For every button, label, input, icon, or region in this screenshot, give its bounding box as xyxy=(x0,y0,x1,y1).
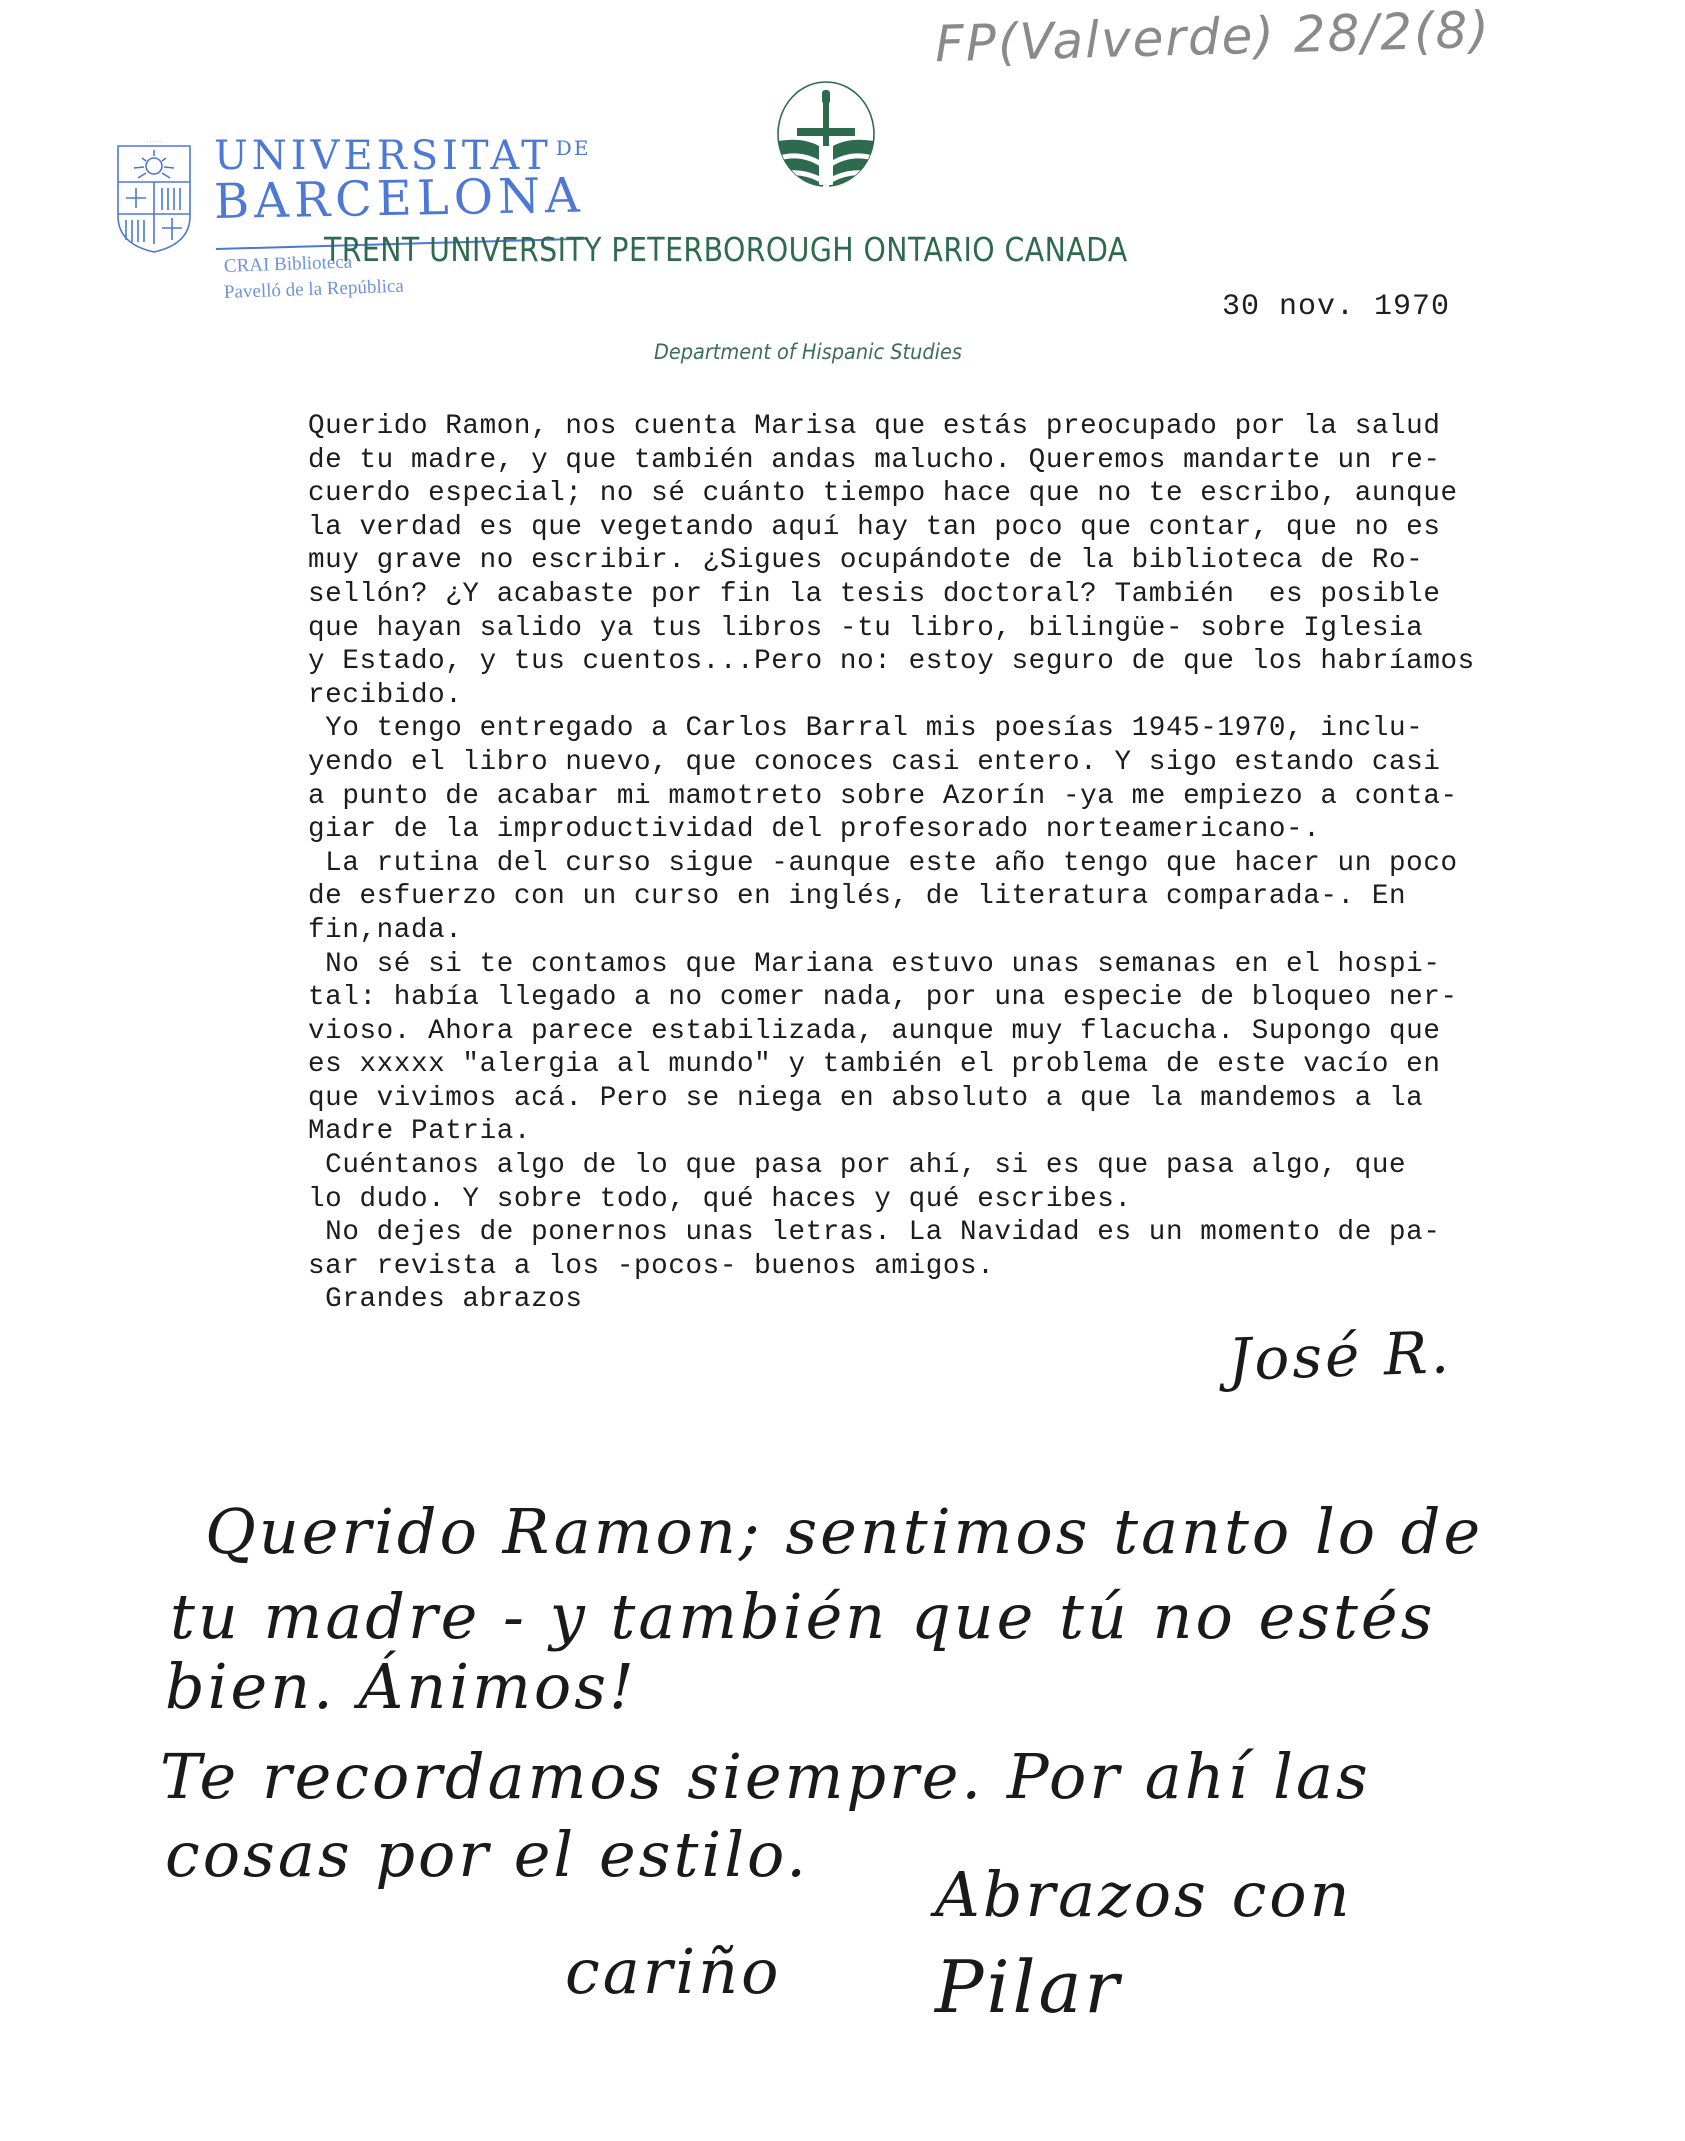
letterhead-department: Department of Hispanic Studies xyxy=(654,340,962,364)
handwritten-line: Abrazos con xyxy=(935,1858,1353,1931)
letter-line: giar de la improductividad del profesora… xyxy=(308,813,1678,847)
handwritten-line: cosas por el estilo. xyxy=(165,1818,809,1891)
letter-line: recibido. xyxy=(308,679,1678,713)
letter-line: lo dudo. Y sobre todo, qué haces y qué e… xyxy=(308,1183,1678,1217)
letter-line: sellón? ¿Y acabaste por fin la tesis doc… xyxy=(308,578,1678,612)
ub-coat-of-arms-icon: · · · · · xyxy=(112,136,196,256)
letter-line: es xxxxx "alergia al mundo" y también el… xyxy=(308,1048,1678,1082)
letter-line: tal: había llegado a no comer nada, por … xyxy=(308,981,1678,1015)
letter-line: la verdad es que vegetando aquí hay tan … xyxy=(308,511,1678,545)
stamp-city-label: BARCELONA xyxy=(214,172,586,226)
signature-pilar: Pilar xyxy=(935,1945,1122,2029)
svg-text:· · · · ·: · · · · · xyxy=(147,139,162,145)
letter-line: de tu madre, y que también andas malucho… xyxy=(308,444,1678,478)
handwritten-line: bien. Ánimos! xyxy=(165,1650,637,1723)
letter-line: que vivimos acá. Pero se niega en absolu… xyxy=(308,1082,1678,1116)
handwritten-line: tu madre - y también que tú no estés xyxy=(170,1580,1435,1653)
trent-emblem-icon xyxy=(775,80,877,188)
letter-line: muy grave no escribir. ¿Sigues ocupándot… xyxy=(308,544,1678,578)
letter-line: fin,nada. xyxy=(308,914,1678,948)
letter-line: Cuéntanos algo de lo que pasa por ahí, s… xyxy=(308,1149,1678,1183)
letter-line: Grandes abrazos xyxy=(308,1283,1678,1317)
letter-line: vioso. Ahora parece estabilizada, aunque… xyxy=(308,1015,1678,1049)
letter-line: Yo tengo entregado a Carlos Barral mis p… xyxy=(308,712,1678,746)
signature-jose: José R. xyxy=(1227,1318,1453,1394)
stamp-building-label: Pavelló de la República xyxy=(224,276,405,304)
handwritten-line: cariño xyxy=(565,1935,781,2008)
letter-line: sar revista a los -pocos- buenos amigos. xyxy=(308,1250,1678,1284)
letter-line: de esfuerzo con un curso en inglés, de l… xyxy=(308,880,1678,914)
letter-line: que hayan salido ya tus libros -tu libro… xyxy=(308,612,1678,646)
letter-line: Querido Ramon, nos cuenta Marisa que est… xyxy=(308,410,1678,444)
archival-reference-note: FP(Valverde) 28/2(8) xyxy=(934,1,1491,74)
handwritten-line: Querido Ramon; sentimos tanto lo de xyxy=(205,1495,1483,1568)
letter-line: No sé si te contamos que Mariana estuvo … xyxy=(308,948,1678,982)
letter-body: Querido Ramon, nos cuenta Marisa que est… xyxy=(308,410,1678,1317)
letter-line: No dejes de ponernos unas letras. La Nav… xyxy=(308,1216,1678,1250)
letterhead-institution: TRENT UNIVERSITY PETERBOROUGH ONTARIO CA… xyxy=(324,230,1128,269)
letter-line: y Estado, y tus cuentos...Pero no: estoy… xyxy=(308,645,1678,679)
letter-line: a punto de acabar mi mamotreto sobre Azo… xyxy=(308,780,1678,814)
handwritten-line: Te recordamos siempre. Por ahí las xyxy=(160,1740,1371,1813)
letter-line: La rutina del curso sigue -aunque este a… xyxy=(308,847,1678,881)
letter-date: 30 nov. 1970 xyxy=(1222,290,1450,324)
library-stamp: · · · · · UNIVERSITATDE BARCELONA CRAI B… xyxy=(112,132,582,302)
letter-line: cuerdo especial; no sé cuánto tiempo hac… xyxy=(308,477,1678,511)
letter-line: Madre Patria. xyxy=(308,1115,1678,1149)
letter-line: yendo el libro nuevo, que conoces casi e… xyxy=(308,746,1678,780)
